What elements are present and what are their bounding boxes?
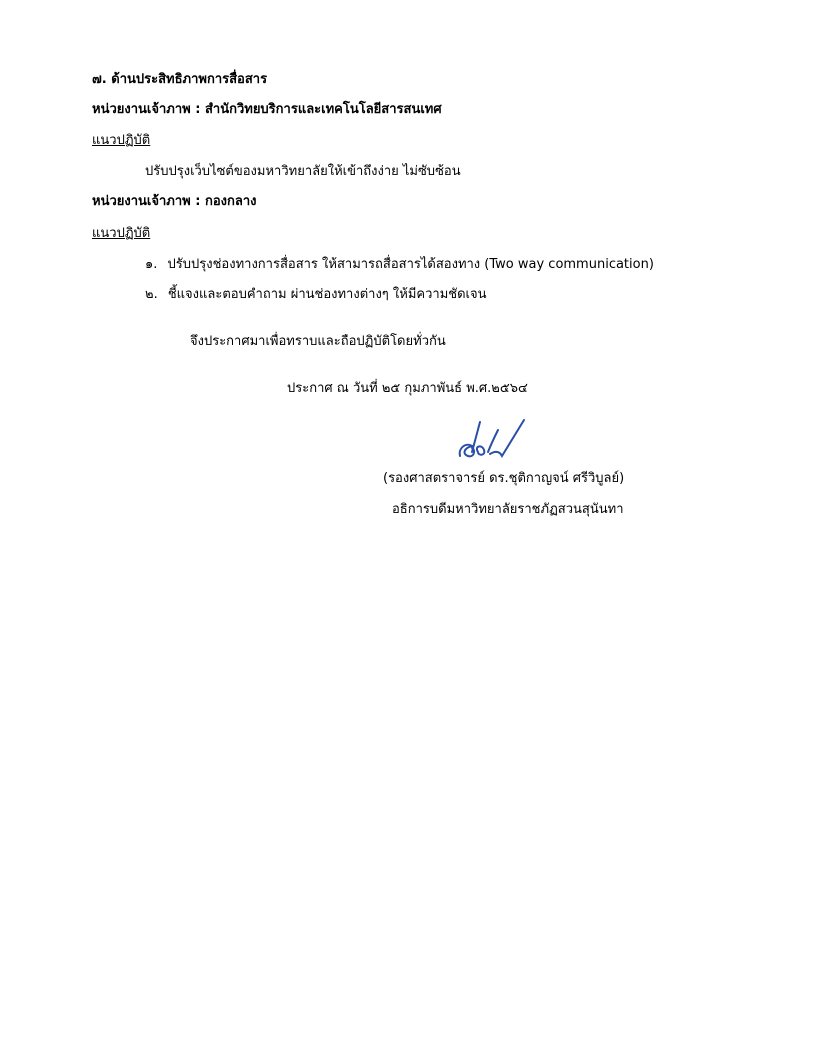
guideline-heading-1: แนวปฏิบัติ bbox=[92, 132, 150, 150]
signatory-position: อธิการบดีมหาวิทยาลัยราชภัฏสวนสุนันทา bbox=[392, 501, 624, 519]
announcement-date: ประกาศ ณ วันที่ ๒๕ กุมภาพันธ์ พ.ศ.๒๕๖๔ bbox=[287, 380, 528, 398]
item-text: ปรับปรุงช่องทางการสื่อสาร ให้สามารถสื่อส… bbox=[168, 257, 654, 272]
signatory-name: (รองศาสตราจารย์ ดร.ชุติกาญจน์ ศรีวิบูลย์… bbox=[383, 470, 624, 488]
section-title: ด้านประสิทธิภาพการสื่อสาร bbox=[111, 72, 267, 87]
guideline-1-item: ปรับปรุงเว็บไซต์ของมหาวิทยาลัยให้เข้าถึง… bbox=[145, 163, 461, 181]
guideline-2-item-1: ๑. ปรับปรุงช่องทางการสื่อสาร ให้สามารถสื… bbox=[145, 256, 654, 274]
item-text: ชี้แจงและตอบคำถาม ผ่านช่องทางต่างๆ ให้มี… bbox=[168, 287, 487, 302]
host-unit-2: หน่วยงานเจ้าภาพ : กองกลาง bbox=[92, 193, 256, 211]
host-unit-1: หน่วยงานเจ้าภาพ : สำนักวิทยบริการและเทคโ… bbox=[92, 101, 442, 119]
item-number: ๑. bbox=[145, 257, 157, 272]
section-number: ๗. bbox=[92, 72, 107, 87]
guideline-2-item-2: ๒. ชี้แจงและตอบคำถาม ผ่านช่องทางต่างๆ ให… bbox=[145, 286, 486, 304]
section-heading: ๗. ด้านประสิทธิภาพการสื่อสาร bbox=[92, 71, 267, 89]
signature-image bbox=[452, 412, 544, 464]
item-number: ๒. bbox=[145, 287, 158, 302]
guideline-heading-2: แนวปฏิบัติ bbox=[92, 225, 150, 243]
closing-statement: จึงประกาศมาเพื่อทราบและถือปฏิบัติโดยทั่ว… bbox=[190, 333, 446, 351]
